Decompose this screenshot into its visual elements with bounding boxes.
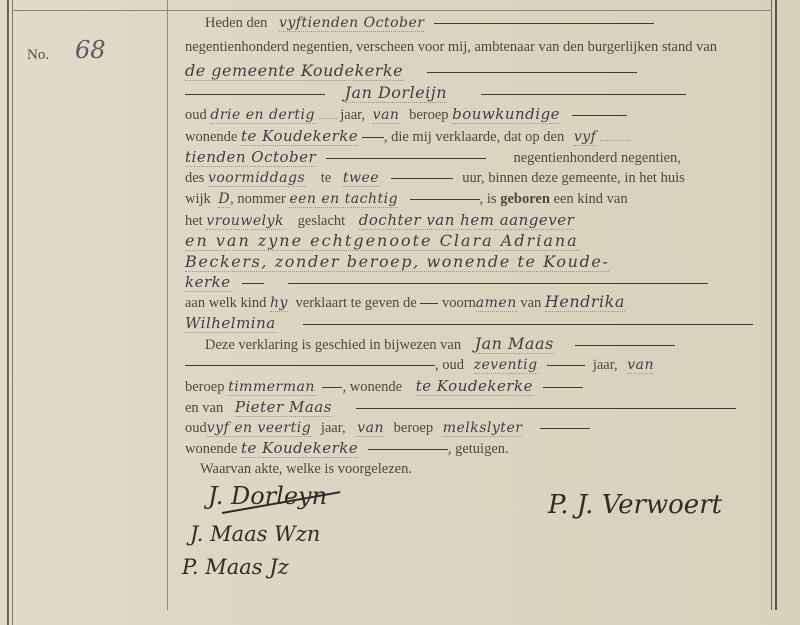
handwritten-witness1-residence: te Koudekerke [416,377,533,396]
fill-line [427,72,637,73]
handwritten-date: vyftienden October [279,15,424,32]
fill-line [434,23,654,24]
text-line-21: wonende te Koudekerke , getuigen. [185,437,765,459]
handwritten-witness1-age: zeventig [474,357,538,374]
text-line-14: aan welk kind hy verklaart te geven de v… [185,291,765,313]
handwritten-sex: vrouwelyk [206,213,284,230]
right-border-inner [771,0,772,610]
column-divider [167,0,168,610]
fill-line [356,408,736,409]
text-line-5: oud drie en dertig jaar, van beroep bouw… [185,103,765,125]
text-line-19: en van Pieter Maas [185,396,765,418]
handwritten-municipality: de gemeente Koudekerke [185,61,403,81]
text-line-12: Beckers, zonder beroep, wonende te Koude… [185,251,765,273]
text-line-1: Heden den vyftienden October [185,12,765,34]
fill-line [185,365,435,366]
fill-line [326,158,486,159]
fill-line [410,199,480,200]
text-line-13: kerke [185,271,765,293]
text-line-2: negentienhonderd negentien, verscheen vo… [185,36,765,58]
handwritten-child-first-name: Hendrika [545,292,625,312]
handwritten-ward: D [218,191,230,208]
handwritten-witness2-name: Pieter Maas [235,398,332,417]
text-line-20: oudvyf en veertig jaar, van beroep melks… [185,417,765,439]
record-number-label: No. [27,47,49,64]
printed-text: Heden den [205,15,267,31]
handwritten-child-second-name: Wilhelmina [185,314,276,333]
printed-text: oud [185,420,207,436]
handwritten-text: vyf [574,129,597,146]
printed-text: wijk [185,191,211,207]
printed-text: wonende [185,441,237,457]
handwritten-text: van [627,357,654,374]
printed-text: , is [480,191,497,207]
handwritten-time-of-day: voormiddags [208,170,305,187]
handwritten-mother: en van zyne echtgenoote Clara Adriana [185,231,579,251]
handwritten-text: van [373,107,400,124]
text-line-17: , oud zeventig jaar, van [185,354,765,376]
fill-line [547,365,585,366]
printed-text: negentienhonderd negentien, [513,150,681,166]
printed-text: Deze verklaring is geschied in bijwezen … [205,337,461,353]
handwritten-text: hy [270,295,288,312]
handwritten-witness2-residence: te Koudekerke [241,439,358,458]
text-line-3: de gemeente Koudekerke [185,60,765,82]
text-line-11: en van zyne echtgenoote Clara Adriana [185,230,765,252]
fill-line [303,324,753,325]
printed-text: , wonende [342,379,402,395]
printed-text: te [321,170,331,186]
printed-text: uur, binnen deze gemeente, in het huis [462,170,684,186]
handwritten-text: van [357,420,384,437]
printed-text: en van [185,400,223,416]
fill-line [572,115,627,116]
fill-line [368,449,448,450]
handwritten-mother-details: Beckers, zonder beroep, wonende te Koude… [185,252,609,272]
handwritten-witness1-occupation: timmerman [228,379,315,396]
text-line-18: beroep timmerman , wonende te Koudekerke [185,375,765,397]
left-border-inner [12,0,13,625]
printed-text: beroep [185,379,224,395]
printed-text: voorn [442,295,476,311]
signature-witness1: J. Maas Wzn [190,522,320,546]
printed-text: , oud [435,357,464,373]
signature-witness2: P. Maas Jz [182,555,289,579]
handwritten-witness2-age: vyf en veertig [207,420,311,437]
text-line-7: tienden October negentienhonderd negenti… [185,146,765,168]
left-border-outer [7,0,9,625]
printed-text: het [185,213,203,229]
printed-text: jaar, [593,357,618,373]
printed-text: jaar, [340,107,365,123]
text-line-8: des voormiddags te twee uur, binnen deze… [185,167,765,189]
text-line-16: Deze verklaring is geschied in bijwezen … [185,333,765,355]
printed-text: van [520,295,541,311]
printed-text: geslacht [298,213,346,229]
text-line-10: het vrouwelyk geslacht dochter van hem a… [185,209,765,231]
printed-text: Waarvan akte, welke is voorgelezen. [200,461,412,477]
fill-line [575,345,675,346]
handwritten-hour: twee [343,170,379,187]
fill-line [185,94,325,95]
text-line-22: Waarvan akte, welke is voorgelezen. [185,458,760,480]
handwritten-witness2-occupation: melkslyter [443,420,523,437]
handwritten-declarant-name: Jan Dorleijn [345,83,447,103]
printed-text: verklaart te geven de [296,295,417,311]
right-border-outer [775,0,777,610]
printed-text: een kind van [554,191,628,207]
printed-text: beroep [394,420,433,436]
fill-line [288,283,708,284]
text-line-15: Wilhelmina [185,312,765,334]
printed-text: jaar, [321,420,346,436]
handwritten-age: drie en dertig [210,107,315,124]
handwritten-house-number: een en tachtig [289,191,398,208]
handwritten-text: dochter van hem aangever [359,211,574,230]
handwritten-text: kerke [185,273,231,292]
fill-line [540,428,590,429]
text-line-6: wonende te Koudekerke , die mij verklaar… [185,125,765,147]
top-rule [12,10,772,11]
printed-text: negentienhonderd negentien, verscheen vo… [185,39,717,55]
dotted-fill [600,140,630,141]
fill-line [242,283,264,284]
printed-text: , getuigen. [448,441,509,457]
record-number-value: 68 [75,36,106,64]
printed-text: , die mij verklaarde, dat op den [384,129,564,145]
signature-registrar: P. J. Verwoert [548,490,722,520]
fill-line [322,387,342,388]
text-line-9: wijk D, nommer een en tachtig , is gebor… [185,188,765,210]
handwritten-occupation: bouwkundige [452,105,560,124]
document-page: No. 68 Heden den vyftienden October nege… [0,0,800,625]
printed-text: oud [185,107,207,123]
handwritten-residence: te Koudekerke [241,127,358,146]
printed-text: des [185,170,204,186]
handwritten-text: amen [476,295,517,312]
fill-line [543,387,583,388]
text-line-4: Jan Dorleijn [185,82,765,104]
fill-line [481,94,686,95]
printed-text: aan welk kind [185,295,266,311]
fill-line [362,137,384,138]
printed-text: beroep [409,107,448,123]
printed-text: wonende [185,129,237,145]
handwritten-witness1-name: Jan Maas [475,334,554,354]
printed-text: , nommer [230,191,286,207]
fill-line [391,178,453,179]
dotted-fill [319,118,337,119]
handwritten-birth-date: tienden October [185,148,316,167]
printed-text-bold: geboren [500,191,550,207]
fill-line [420,303,438,304]
